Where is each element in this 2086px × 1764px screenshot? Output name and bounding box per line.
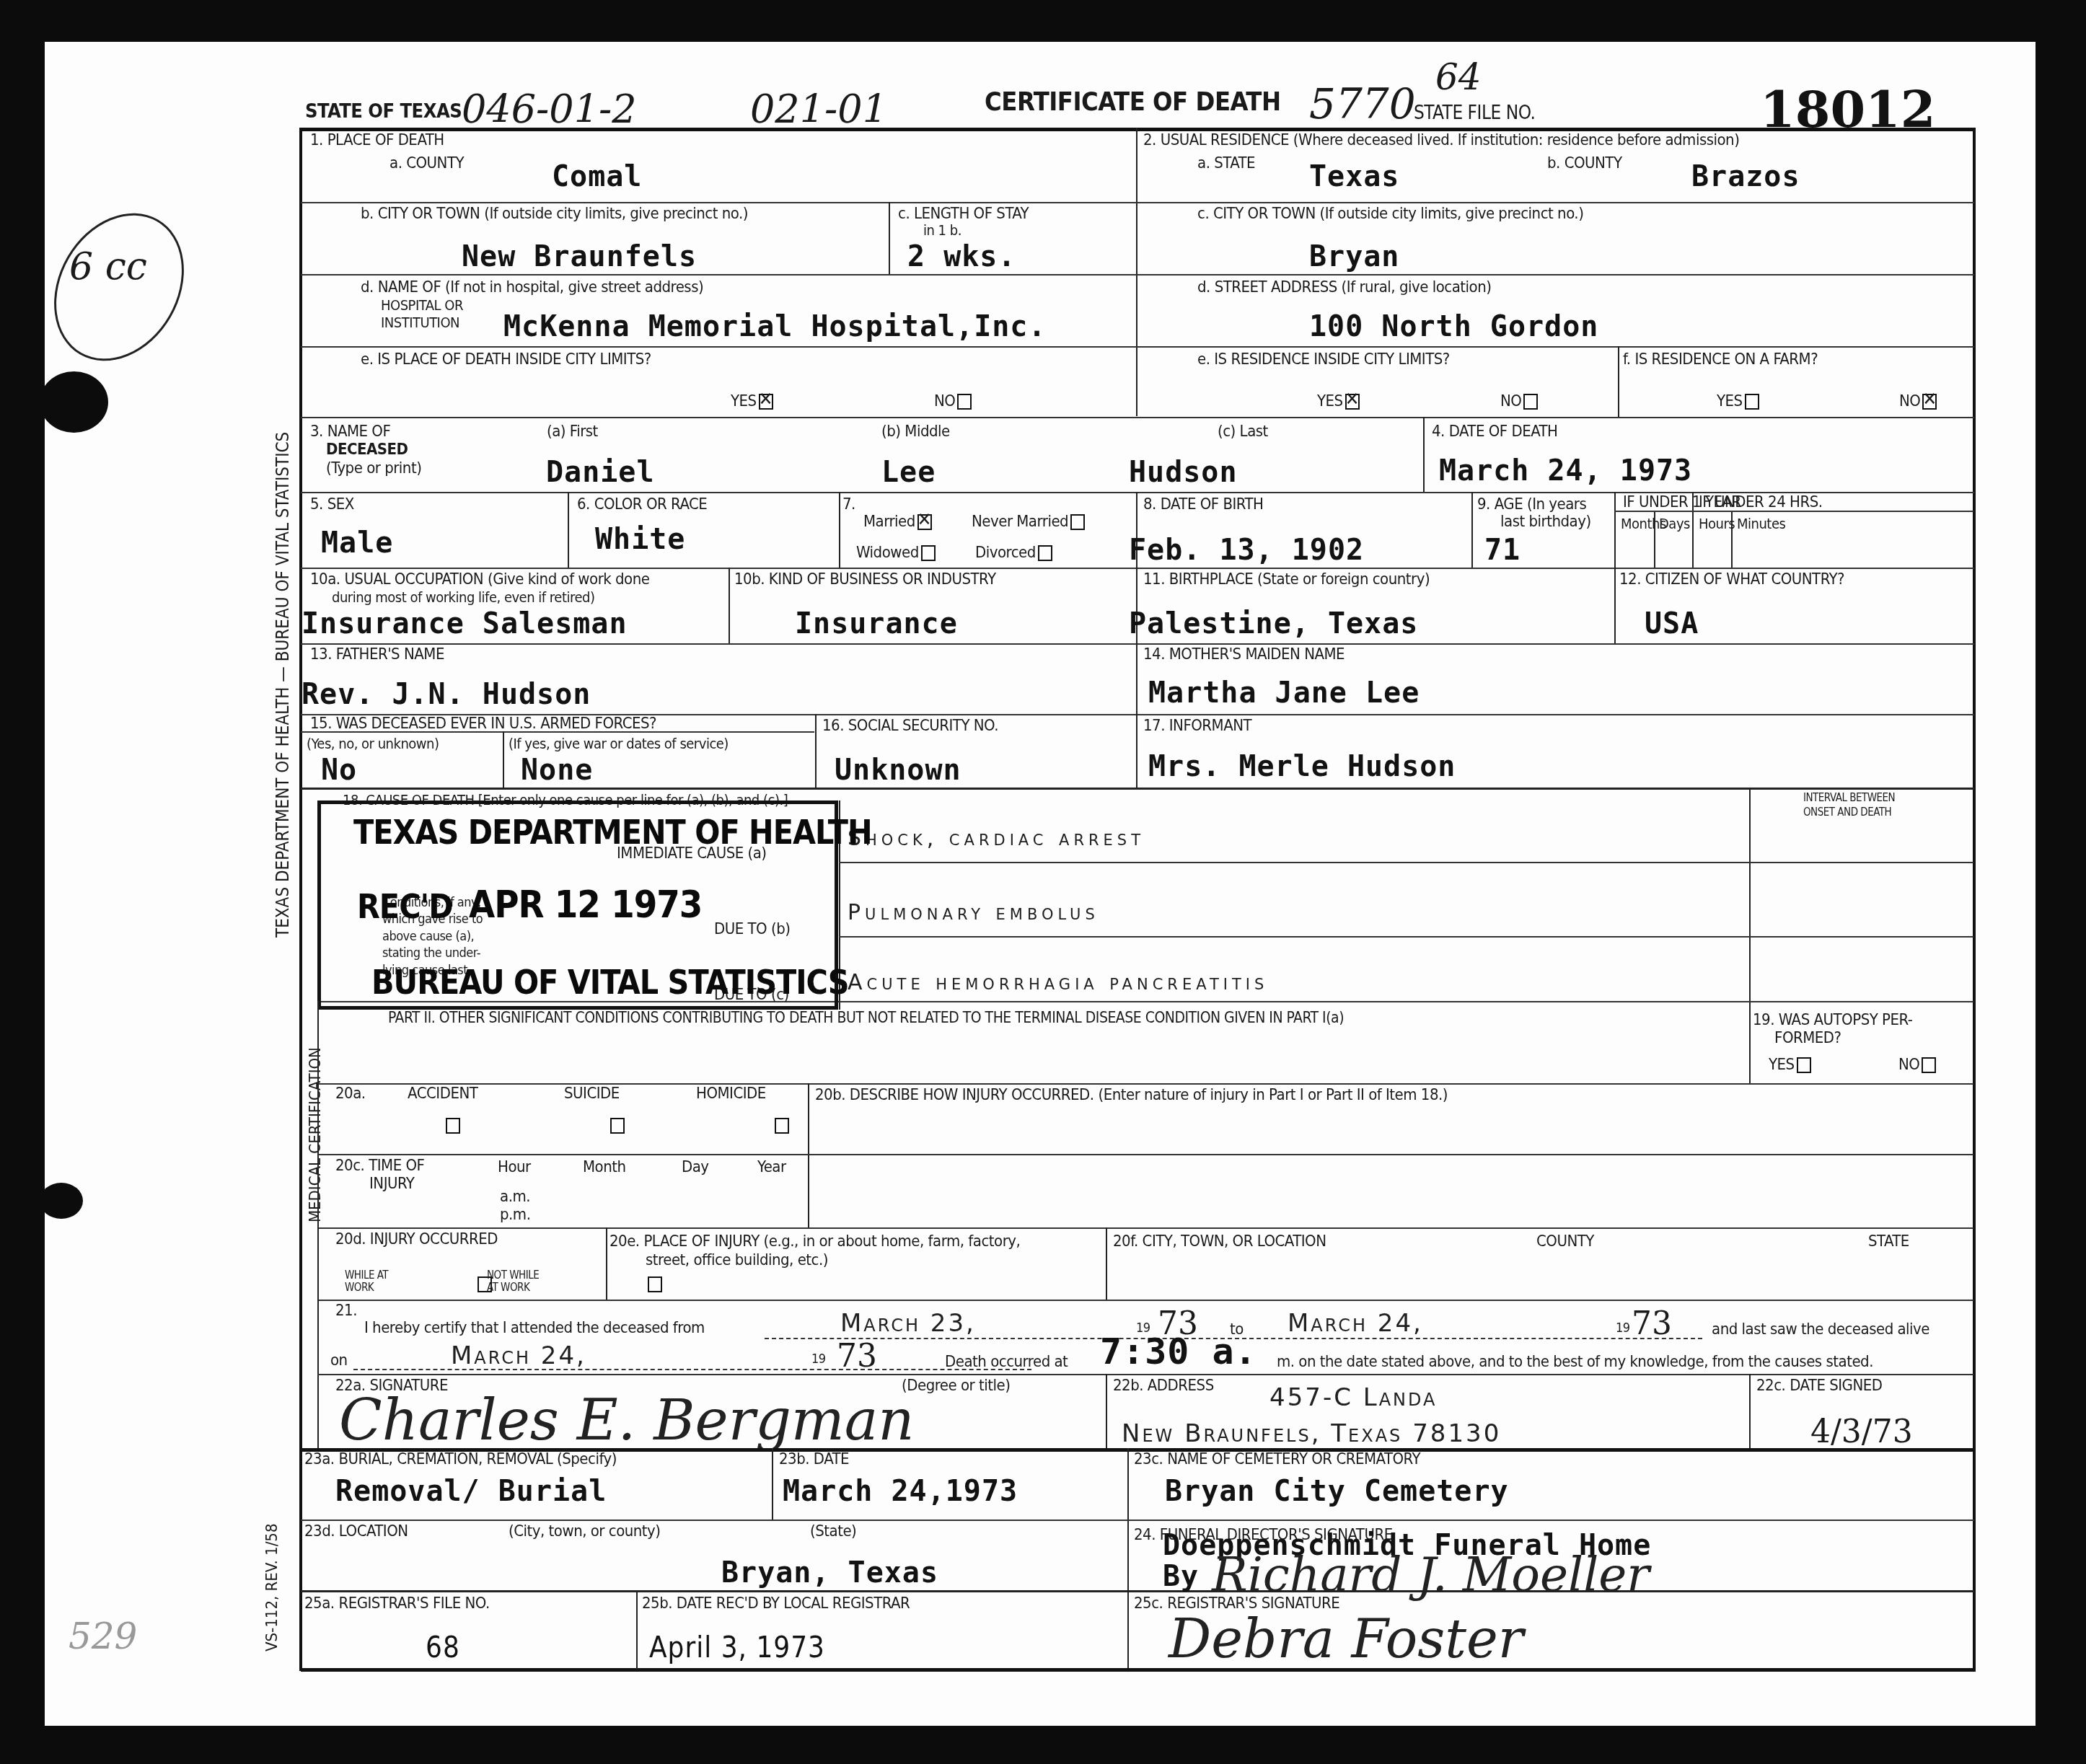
rule [839, 862, 1973, 863]
rule [301, 568, 1974, 569]
last-seen-year: 73 [837, 1338, 877, 1375]
part-two-label: PART II. OTHER SIGNIFICANT CONDITIONS CO… [388, 1010, 1344, 1026]
marital-label: 7. [842, 496, 855, 513]
injury-location-label: 20f. CITY, TOWN, OR LOCATION [1113, 1233, 1326, 1251]
describe-injury-label: 20b. DESCRIBE HOW INJURY OCCURRED. (Ente… [815, 1087, 1448, 1104]
stamp-date: APR 12 1973 [469, 883, 702, 927]
registrar-file-value: 68 [426, 1631, 460, 1664]
length-of-stay-label: c. LENGTH OF STAY [898, 206, 1029, 223]
sex-value: Male [321, 526, 393, 560]
mother-label: 14. MOTHER'S MAIDEN NAME [1143, 646, 1345, 663]
autopsy-yes: YES [1769, 1057, 1811, 1074]
divider [1749, 1374, 1751, 1450]
divorced-checkbox[interactable] [1038, 545, 1052, 561]
degree-label: (Degree or title) [902, 1377, 1010, 1395]
divider [839, 492, 840, 568]
attended-to-year: 73 [1632, 1305, 1672, 1342]
registrar-date-value: April 3, 1973 [649, 1631, 825, 1664]
cemetery-value: Bryan City Cemetery [1165, 1475, 1509, 1508]
item-21-label: 21. [335, 1302, 357, 1320]
date-signed-value: 4/3/73 [1810, 1414, 1913, 1450]
business-label: 10b. KIND OF BUSINESS OR INDUSTRY [734, 571, 995, 588]
residence-inside-yes: YES [1317, 393, 1360, 410]
middle-name-label: (b) Middle [881, 423, 950, 441]
farm-yes-checkbox[interactable] [1745, 394, 1759, 410]
rule [317, 1374, 1973, 1375]
registrar-signature: Debra Foster [1169, 1608, 1523, 1670]
first-name-label: (a) First [547, 423, 598, 441]
residence-inside-limits-label: e. IS RESIDENCE INSIDE CITY LIMITS? [1197, 351, 1450, 369]
autopsy-no-checkbox[interactable] [1922, 1057, 1936, 1073]
divider [772, 1448, 773, 1520]
disposition-location-sub-2: (State) [810, 1523, 856, 1540]
death-inside-limits-label: e. IS PLACE OF DEATH INSIDE CITY LIMITS? [361, 351, 651, 369]
sex-label: 5. SEX [310, 496, 354, 513]
injury-occurred-label: 20d. INJURY OCCURRED [335, 1231, 498, 1248]
accident-checkbox[interactable] [446, 1118, 460, 1134]
residence-state-value: Texas [1309, 160, 1399, 193]
death-county-label: a. COUNTY [390, 155, 464, 172]
middle-name-value: Lee [881, 456, 936, 489]
hospital-label-2: HOSPITAL OR [381, 297, 463, 313]
disposition-date-value: March 24,1973 [783, 1475, 1018, 1508]
armed-service-value: None [521, 754, 593, 787]
attended-to-date: March 24, [1288, 1309, 1423, 1338]
frame-left [299, 128, 302, 1671]
farm-yes: YES [1717, 393, 1759, 410]
handwritten-code-1: 046-01-2 [462, 87, 637, 132]
armed-sub-label-1: (Yes, no, or unknown) [307, 736, 439, 751]
side-label-bureau: TEXAS DEPARTMENT OF HEALTH — BUREAU OF V… [273, 432, 293, 938]
divider [815, 714, 817, 788]
name-label-2: DECEASED [326, 441, 408, 459]
divider [729, 568, 730, 643]
cemetery-label: 23c. NAME OF CEMETERY OR CREMATORY [1134, 1451, 1420, 1468]
physician-signature: Charles E. Bergman [339, 1388, 915, 1453]
suicide-label: SUICIDE [564, 1085, 620, 1103]
attended-text: I hereby certify that I attended the dec… [364, 1320, 705, 1337]
widowed-option: Widowed [856, 544, 936, 562]
rule [1127, 1520, 1974, 1521]
residence-county-value: Brazos [1691, 160, 1800, 193]
attended-from-date: March 23, [840, 1309, 976, 1338]
death-inside-yes-checkbox[interactable] [759, 394, 773, 410]
rule [317, 1300, 1973, 1301]
divider-farm [1618, 346, 1619, 417]
last-seen-date: March 24, [451, 1341, 586, 1370]
disposition-method-label: 23a. BURIAL, CREMATION, REMOVAL (Specify… [304, 1451, 617, 1468]
disposition-method-value: Removal/ Burial [335, 1475, 607, 1508]
handwritten-code-2: 021-01 [750, 87, 887, 132]
hour-label: Hour [498, 1159, 531, 1176]
received-stamp: TEXAS DEPARTMENT OF HEALTH REC'D APR 12 … [317, 801, 838, 1010]
handwritten-file-no: 5770 [1309, 79, 1416, 128]
age-value: 71 [1484, 534, 1521, 567]
divider [1106, 1227, 1107, 1300]
date-of-death-value: March 24, 1973 [1439, 454, 1692, 488]
physician-address-line1: 457-C Landa [1269, 1383, 1438, 1412]
father-label: 13. FATHER'S NAME [310, 646, 444, 663]
citizen-label: 12. CITIZEN OF WHAT COUNTRY? [1619, 571, 1844, 588]
birthplace-label: 11. BIRTHPLACE (State or foreign country… [1143, 571, 1430, 588]
handwritten-superscript: 64 [1435, 56, 1482, 98]
days-label: Days [1659, 516, 1690, 532]
place-of-death-label: 1. PLACE OF DEATH [310, 132, 444, 149]
time-of-injury-label-1: 20c. TIME OF [335, 1157, 424, 1175]
not-while-at-work-checkbox[interactable] [648, 1276, 662, 1292]
divider [636, 1590, 638, 1670]
pm-label: p.m. [500, 1207, 530, 1224]
farm-no: NO [1899, 393, 1937, 410]
frame-bottom [301, 1668, 1976, 1672]
dob-value: Feb. 13, 1902 [1129, 534, 1364, 567]
occupation-label-2: during most of working life, even if ret… [332, 589, 594, 605]
under-day-label: IF UNDER 24 HRS. [1699, 494, 1823, 511]
rule [301, 643, 1974, 645]
am-label: a.m. [500, 1189, 530, 1206]
hospital-label-3: INSTITUTION [381, 314, 459, 330]
punch-hole-top [40, 371, 108, 433]
name-label-1: 3. NAME OF [310, 423, 390, 441]
death-county-value: Comal [552, 160, 642, 193]
form-id-label: VS-112, REV. 1/58 [263, 1523, 281, 1651]
interval-label-2: ONSET AND DEATH [1803, 806, 1891, 819]
disposition-location-sub-1: (City, town, or county) [509, 1523, 661, 1540]
farm-label: f. IS RESIDENCE ON A FARM? [1623, 351, 1818, 369]
year-prefix-2: 19 [1616, 1321, 1630, 1336]
death-inside-no-checkbox[interactable] [957, 394, 972, 410]
place-of-injury-label: 20e. PLACE OF INJURY (e.g., in or about … [609, 1233, 1020, 1251]
death-inside-yes: YES [731, 393, 773, 410]
last-name-value: Hudson [1129, 456, 1238, 489]
injury-state-label: STATE [1868, 1233, 1909, 1251]
physician-address-label: 22b. ADDRESS [1113, 1377, 1214, 1395]
divider [1614, 492, 1616, 643]
punch-hole-bottom [40, 1183, 83, 1219]
divorced-option: Divorced [975, 544, 1052, 562]
race-label: 6. COLOR OR RACE [577, 496, 707, 513]
divider-stay [889, 202, 890, 274]
armed-sub-label-2: (If yes, give war or dates of service) [509, 736, 729, 751]
margin-note-circle-text: 6 cc [65, 245, 151, 288]
never-married-option: Never Married [972, 513, 1085, 531]
autopsy-label-1: 19. WAS AUTOPSY PER- [1753, 1012, 1913, 1029]
on-label: on [330, 1352, 348, 1370]
rule [317, 1227, 1973, 1229]
injury-type-label: 20a. [335, 1085, 366, 1103]
accident-label: ACCIDENT [408, 1085, 478, 1103]
divider [1127, 1448, 1129, 1668]
birthplace-value: Palestine, Texas [1129, 607, 1418, 640]
disposition-location-value: Bryan, Texas [721, 1556, 938, 1589]
residence-inside-yes-checkbox[interactable] [1345, 394, 1360, 410]
residence-label: 2. USUAL RESIDENCE (Where deceased lived… [1143, 132, 1739, 149]
stamp-received-label: REC'D [357, 887, 453, 926]
ssn-value: Unknown [835, 754, 961, 787]
autopsy-no: NO [1898, 1057, 1936, 1074]
rule [301, 1590, 1974, 1592]
rule [839, 936, 1973, 938]
armed-forces-label: 15. WAS DECEASED EVER IN U.S. ARMED FORC… [310, 715, 656, 733]
last-saw-text: and last saw the deceased alive [1712, 1321, 1929, 1339]
cause-a-value: Shock, cardiac arrest [848, 826, 1145, 851]
divider-medical [317, 1001, 319, 1448]
death-city-label: b. CITY OR TOWN (If outside city limits,… [361, 206, 748, 223]
residence-street-value: 100 North Gordon [1309, 310, 1598, 343]
minutes-label: Minutes [1737, 516, 1785, 532]
cause-b-value: Pulmonary embolus [848, 900, 1099, 925]
divider [1471, 492, 1473, 568]
informant-label: 17. INFORMANT [1143, 718, 1251, 735]
place-of-injury-label-2: street, office building, etc.) [646, 1252, 828, 1269]
armed-forces-value: No [321, 754, 357, 787]
disposition-location-label: 23d. LOCATION [304, 1523, 408, 1540]
residence-inside-no: NO [1500, 393, 1538, 410]
mother-value: Martha Jane Lee [1148, 676, 1420, 710]
ssn-label: 16. SOCIAL SECURITY NO. [822, 718, 998, 735]
farm-no-checkbox[interactable] [1922, 394, 1937, 410]
rule [301, 1520, 1127, 1521]
frame-right [1973, 128, 1976, 1671]
time-of-injury-label-2: INJURY [369, 1176, 414, 1193]
homicide-label: HOMICIDE [696, 1085, 766, 1103]
stamp-line-3: BUREAU OF VITAL STATISTICS [371, 963, 849, 1002]
registrar-date-label: 25b. DATE REC'D BY LOCAL REGISTRAR [642, 1595, 910, 1613]
rule [301, 346, 1974, 348]
disposition-date-label: 23b. DATE [779, 1451, 849, 1468]
rule [301, 417, 1974, 418]
rule [317, 1154, 1973, 1155]
death-city-value: New Braunfels [462, 240, 697, 273]
residence-county-label: b. COUNTY [1547, 155, 1622, 172]
death-time-value: 7:30 a. [1100, 1331, 1257, 1372]
by-label: By [1163, 1560, 1199, 1593]
year-label: Year [757, 1159, 786, 1176]
last-name-label: (c) Last [1218, 423, 1268, 441]
death-inside-no: NO [934, 393, 972, 410]
divider-cause-interval [1749, 788, 1751, 1083]
year-prefix-3: 19 [811, 1352, 826, 1367]
length-of-stay-value: 2 wks. [907, 240, 1016, 273]
injury-county-label: COUNTY [1536, 1233, 1594, 1251]
hospital-value: McKenna Memorial Hospital,Inc. [503, 310, 1046, 343]
homicide-checkbox[interactable] [775, 1118, 789, 1134]
month-label: Month [583, 1159, 626, 1176]
divider [808, 1083, 809, 1227]
married-checkbox[interactable] [917, 514, 932, 530]
business-value: Insurance [795, 607, 958, 640]
name-label-3: (Type or print) [326, 460, 421, 477]
length-of-stay-sub: in 1 b. [923, 222, 961, 238]
stamp-line-1: TEXAS DEPARTMENT OF HEALTH [353, 813, 872, 852]
residence-inside-no-checkbox[interactable] [1523, 394, 1538, 410]
medical-certification-label: MEDICAL CERTIFICATION [307, 1047, 325, 1222]
citizen-value: USA [1645, 607, 1699, 640]
margin-note-bottom: 529 [69, 1615, 137, 1657]
date-of-death-label: 4. DATE OF DEATH [1432, 423, 1558, 441]
married-option: Married [863, 513, 932, 531]
residence-state-label: a. STATE [1197, 155, 1255, 172]
not-while-at-work-label: NOT WHILEAT WORK [487, 1269, 539, 1295]
rule [301, 202, 1974, 203]
age-label-1: 9. AGE (In years [1477, 496, 1586, 513]
divider [568, 492, 569, 568]
hours-label: Hours [1699, 516, 1735, 532]
residence-street-label: d. STREET ADDRESS (If rural, give locati… [1197, 279, 1491, 296]
father-value: Rev. J.N. Hudson [302, 678, 591, 711]
state-of-texas-label: STATE OF TEXAS [305, 101, 462, 123]
race-value: White [595, 523, 685, 556]
hospital-label: d. NAME OF (If not in hospital, give str… [361, 279, 703, 296]
date-signed-label: 22c. DATE SIGNED [1756, 1377, 1882, 1395]
autopsy-label-2: FORMED? [1774, 1030, 1841, 1047]
divider-place-residence [1136, 128, 1137, 416]
occupation-label: 10a. USUAL OCCUPATION (Give kind of work… [310, 571, 649, 588]
physician-address-line2: New Braunfels, Texas 78130 [1122, 1419, 1501, 1448]
residence-city-label: c. CITY OR TOWN (If outside city limits,… [1197, 206, 1583, 223]
interval-label-1: INTERVAL BETWEEN [1803, 792, 1895, 804]
suicide-checkbox[interactable] [610, 1118, 625, 1134]
first-name-value: Daniel [546, 456, 655, 489]
rule [301, 788, 1974, 790]
rule [301, 274, 1974, 275]
occupation-value: Insurance Salesman [302, 607, 627, 640]
divider [503, 731, 504, 788]
informant-value: Mrs. Merle Hudson [1148, 750, 1456, 783]
cause-c-value: Acute hemorrhagia pancreatitis [848, 970, 1268, 995]
divider-dod [1423, 417, 1425, 492]
widowed-checkbox[interactable] [921, 545, 936, 561]
day-label: Day [682, 1159, 709, 1176]
never-married-checkbox[interactable] [1070, 514, 1085, 530]
state-file-no-label: STATE FILE NO. [1414, 103, 1535, 124]
certificate-title: CERTIFICATE OF DEATH [985, 88, 1281, 117]
residence-city-value: Bryan [1309, 240, 1399, 273]
divider [606, 1227, 607, 1300]
age-label-2: last birthday) [1500, 513, 1591, 531]
registrar-file-label: 25a. REGISTRAR'S FILE NO. [304, 1595, 490, 1613]
dob-label: 8. DATE OF BIRTH [1143, 496, 1264, 513]
divider [1136, 643, 1137, 788]
after-time-text: m. on the date stated above, and to the … [1277, 1354, 1873, 1371]
autopsy-yes-checkbox[interactable] [1797, 1057, 1811, 1073]
death-occurred-label: Death occurred at [945, 1354, 1068, 1371]
divider [1106, 1374, 1107, 1450]
while-at-work-label: WHILE ATWORK [345, 1269, 388, 1295]
